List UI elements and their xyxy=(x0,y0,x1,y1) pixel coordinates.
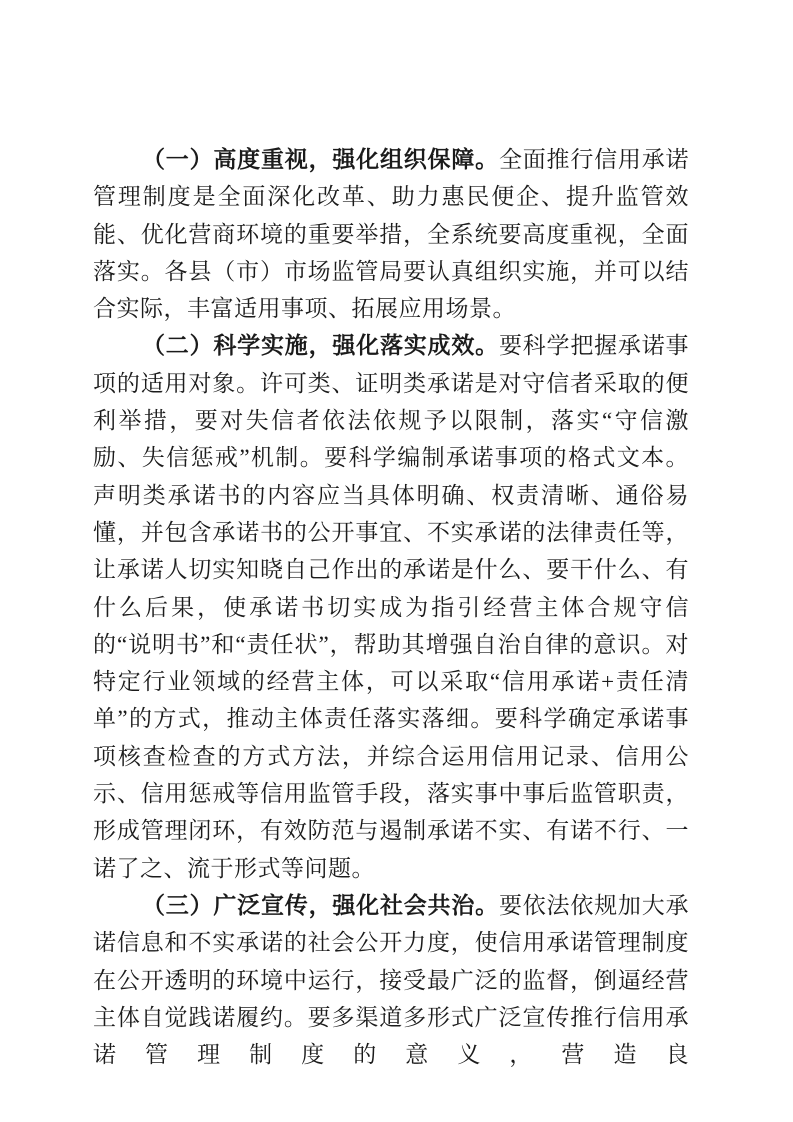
paragraph-3-heading: （三）广泛宣传，强化社会共治。 xyxy=(142,893,499,918)
paragraph-1-heading: （一）高度重视，强化组织保障。 xyxy=(142,147,499,172)
document-page: （一）高度重视，强化组织保障。全面推行信用承诺管理制度是全面深化改革、助力惠民便… xyxy=(0,0,793,1122)
paragraph-2-body: 要科学把握承诺事项的适用对象。许可类、证明类承诺是对守信者采取的便利举措，要对失… xyxy=(93,333,689,880)
paragraph-2-heading: （二）科学实施，强化落实成效。 xyxy=(142,333,499,358)
paragraph-1: （一）高度重视，强化组织保障。全面推行信用承诺管理制度是全面深化改革、助力惠民便… xyxy=(93,141,689,327)
paragraph-3-body: 要依法依规加大承诺信息和不实承诺的社会公开力度，使信用承诺管理制度在公开透明的环… xyxy=(93,893,689,1067)
paragraph-2: （二）科学实施，强化落实成效。要科学把握承诺事项的适用对象。许可类、证明类承诺是… xyxy=(93,327,689,886)
paragraph-3: （三）广泛宣传，强化社会共治。要依法依规加大承诺信息和不实承诺的社会公开力度，使… xyxy=(93,887,689,1073)
paragraph-1-body: 全面推行信用承诺管理制度是全面深化改革、助力惠民便企、提升监管效能、优化营商环境… xyxy=(93,147,689,321)
